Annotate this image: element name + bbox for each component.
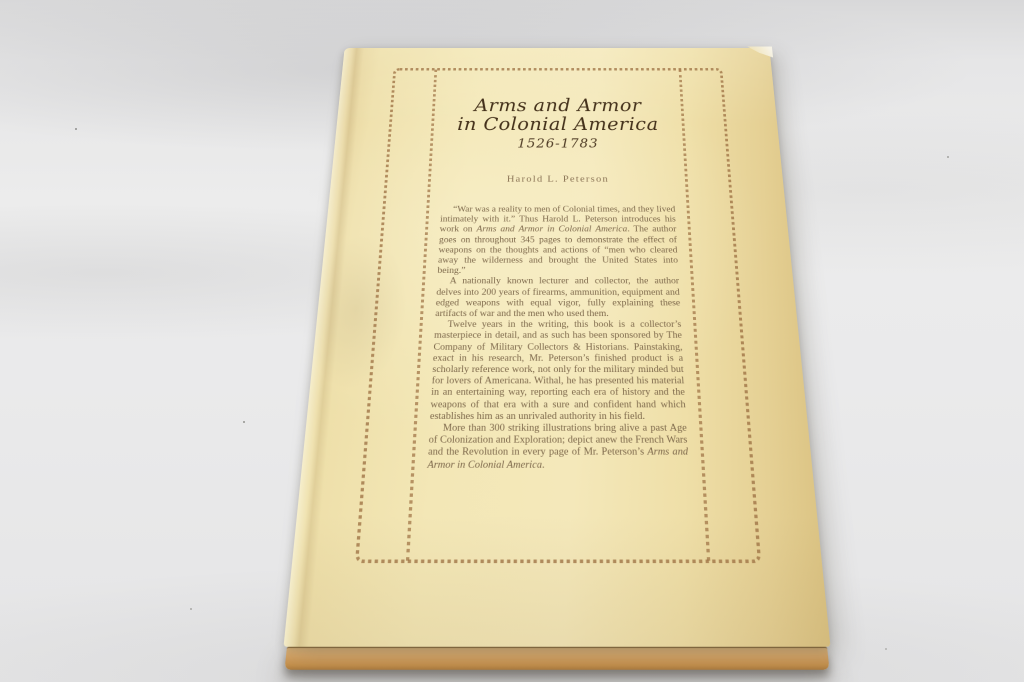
dust-jacket-back-cover: Arms and Armor in Colonial America 1526-… <box>284 48 831 647</box>
book-date-range: 1526-1783 <box>444 137 672 150</box>
blurb-paragraph: Twelve years in the writing, this book i… <box>430 319 687 422</box>
book-title: Arms and Armor in Colonial America <box>445 97 672 135</box>
book-author: Harold L. Peterson <box>442 174 674 184</box>
book-perspective: Arms and Armor in Colonial America 1526-… <box>281 48 833 670</box>
blurb-paragraph: More than 300 striking illustrations bri… <box>427 422 689 471</box>
jacket-text: Arms and Armor in Colonial America 1526-… <box>422 68 694 563</box>
blurb-paragraph: “War was a reality to men of Colonial ti… <box>437 204 679 276</box>
jacket-corner-fold <box>742 46 773 60</box>
book-page-edges <box>285 647 830 670</box>
book: Arms and Armor in Colonial America 1526-… <box>317 6 797 631</box>
book-title-line1: Arms and Armor <box>446 97 671 116</box>
fabric-specks <box>75 128 77 130</box>
fabric-backdrop: Arms and Armor in Colonial America 1526-… <box>0 0 1024 682</box>
blurb: “War was a reality to men of Colonial ti… <box>427 204 689 470</box>
book-title-line2: in Colonial America <box>445 115 672 134</box>
blurb-paragraph: A nationally known lecturer and collecto… <box>435 276 681 319</box>
